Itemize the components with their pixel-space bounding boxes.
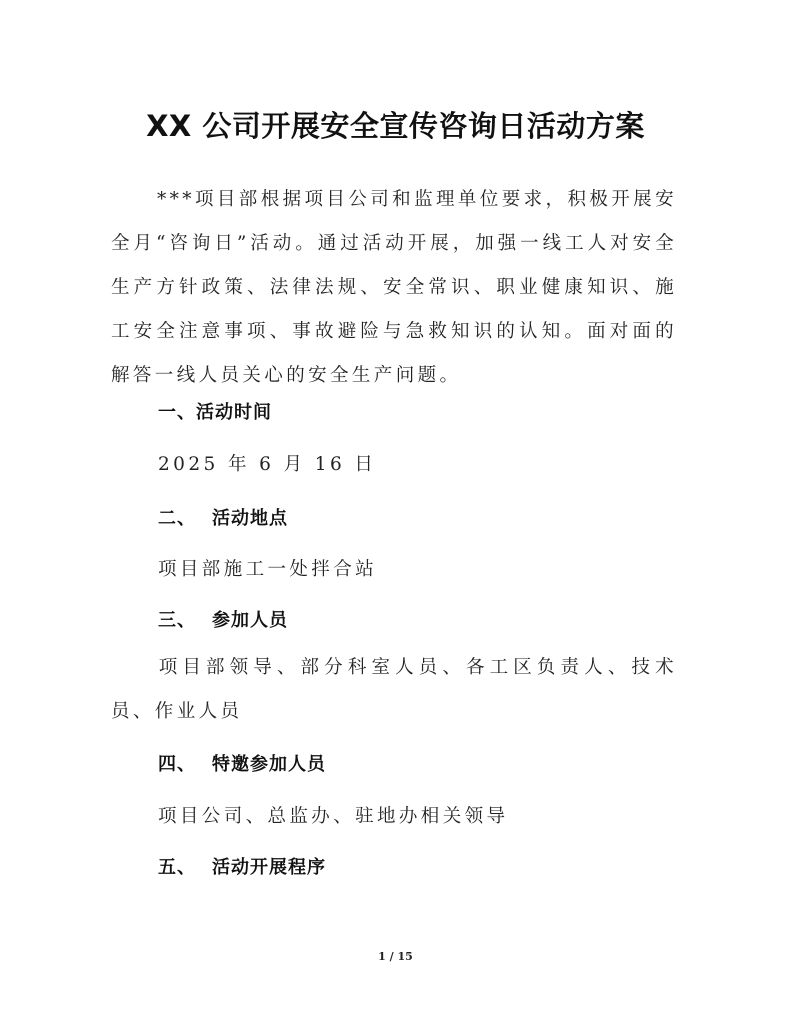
section-body-2: 项目部施工一处拌合站	[158, 555, 377, 581]
section-heading-5: 五、活动开展程序	[158, 853, 326, 879]
section-title: 活动时间	[196, 402, 272, 423]
section-heading-2: 二、活动地点	[158, 504, 288, 530]
section-heading-3: 三、参加人员	[158, 606, 288, 632]
page-indicator: 1 / 15	[0, 950, 791, 963]
section-number: 五、	[158, 853, 196, 879]
section-number: 三、	[158, 606, 196, 632]
section-title: 特邀参加人员	[212, 754, 326, 775]
section-heading-1: 一、活动时间	[158, 398, 272, 424]
document-title: XX 公司开展安全宣传咨询日活动方案	[0, 104, 791, 145]
section-title: 活动开展程序	[212, 857, 326, 878]
section-number: 二、	[158, 504, 196, 530]
section-number: 一、	[158, 398, 196, 424]
section-body-text: 项目部领导、部分科室人员、各工区负责人、技术员、作业人员	[111, 657, 677, 722]
intro-text: ***项目部根据项目公司和监理单位要求，积极开展安全月“咨询日”活动。通过活动开…	[111, 189, 677, 386]
section-number: 四、	[158, 750, 196, 776]
section-title: 活动地点	[212, 508, 288, 529]
section-title: 参加人员	[212, 610, 288, 631]
document-page: XX 公司开展安全宣传咨询日活动方案 ***项目部根据项目公司和监理单位要求，积…	[0, 0, 791, 1024]
section-body-3: 项目部领导、部分科室人员、各工区负责人、技术员、作业人员	[111, 646, 677, 734]
intro-paragraph: ***项目部根据项目公司和监理单位要求，积极开展安全月“咨询日”活动。通过活动开…	[111, 178, 677, 398]
section-heading-4: 四、特邀参加人员	[158, 750, 326, 776]
section-body-1: 2025 年 6 月 16 日	[158, 450, 376, 476]
section-body-4: 项目公司、总监办、驻地办相关领导	[158, 802, 508, 828]
